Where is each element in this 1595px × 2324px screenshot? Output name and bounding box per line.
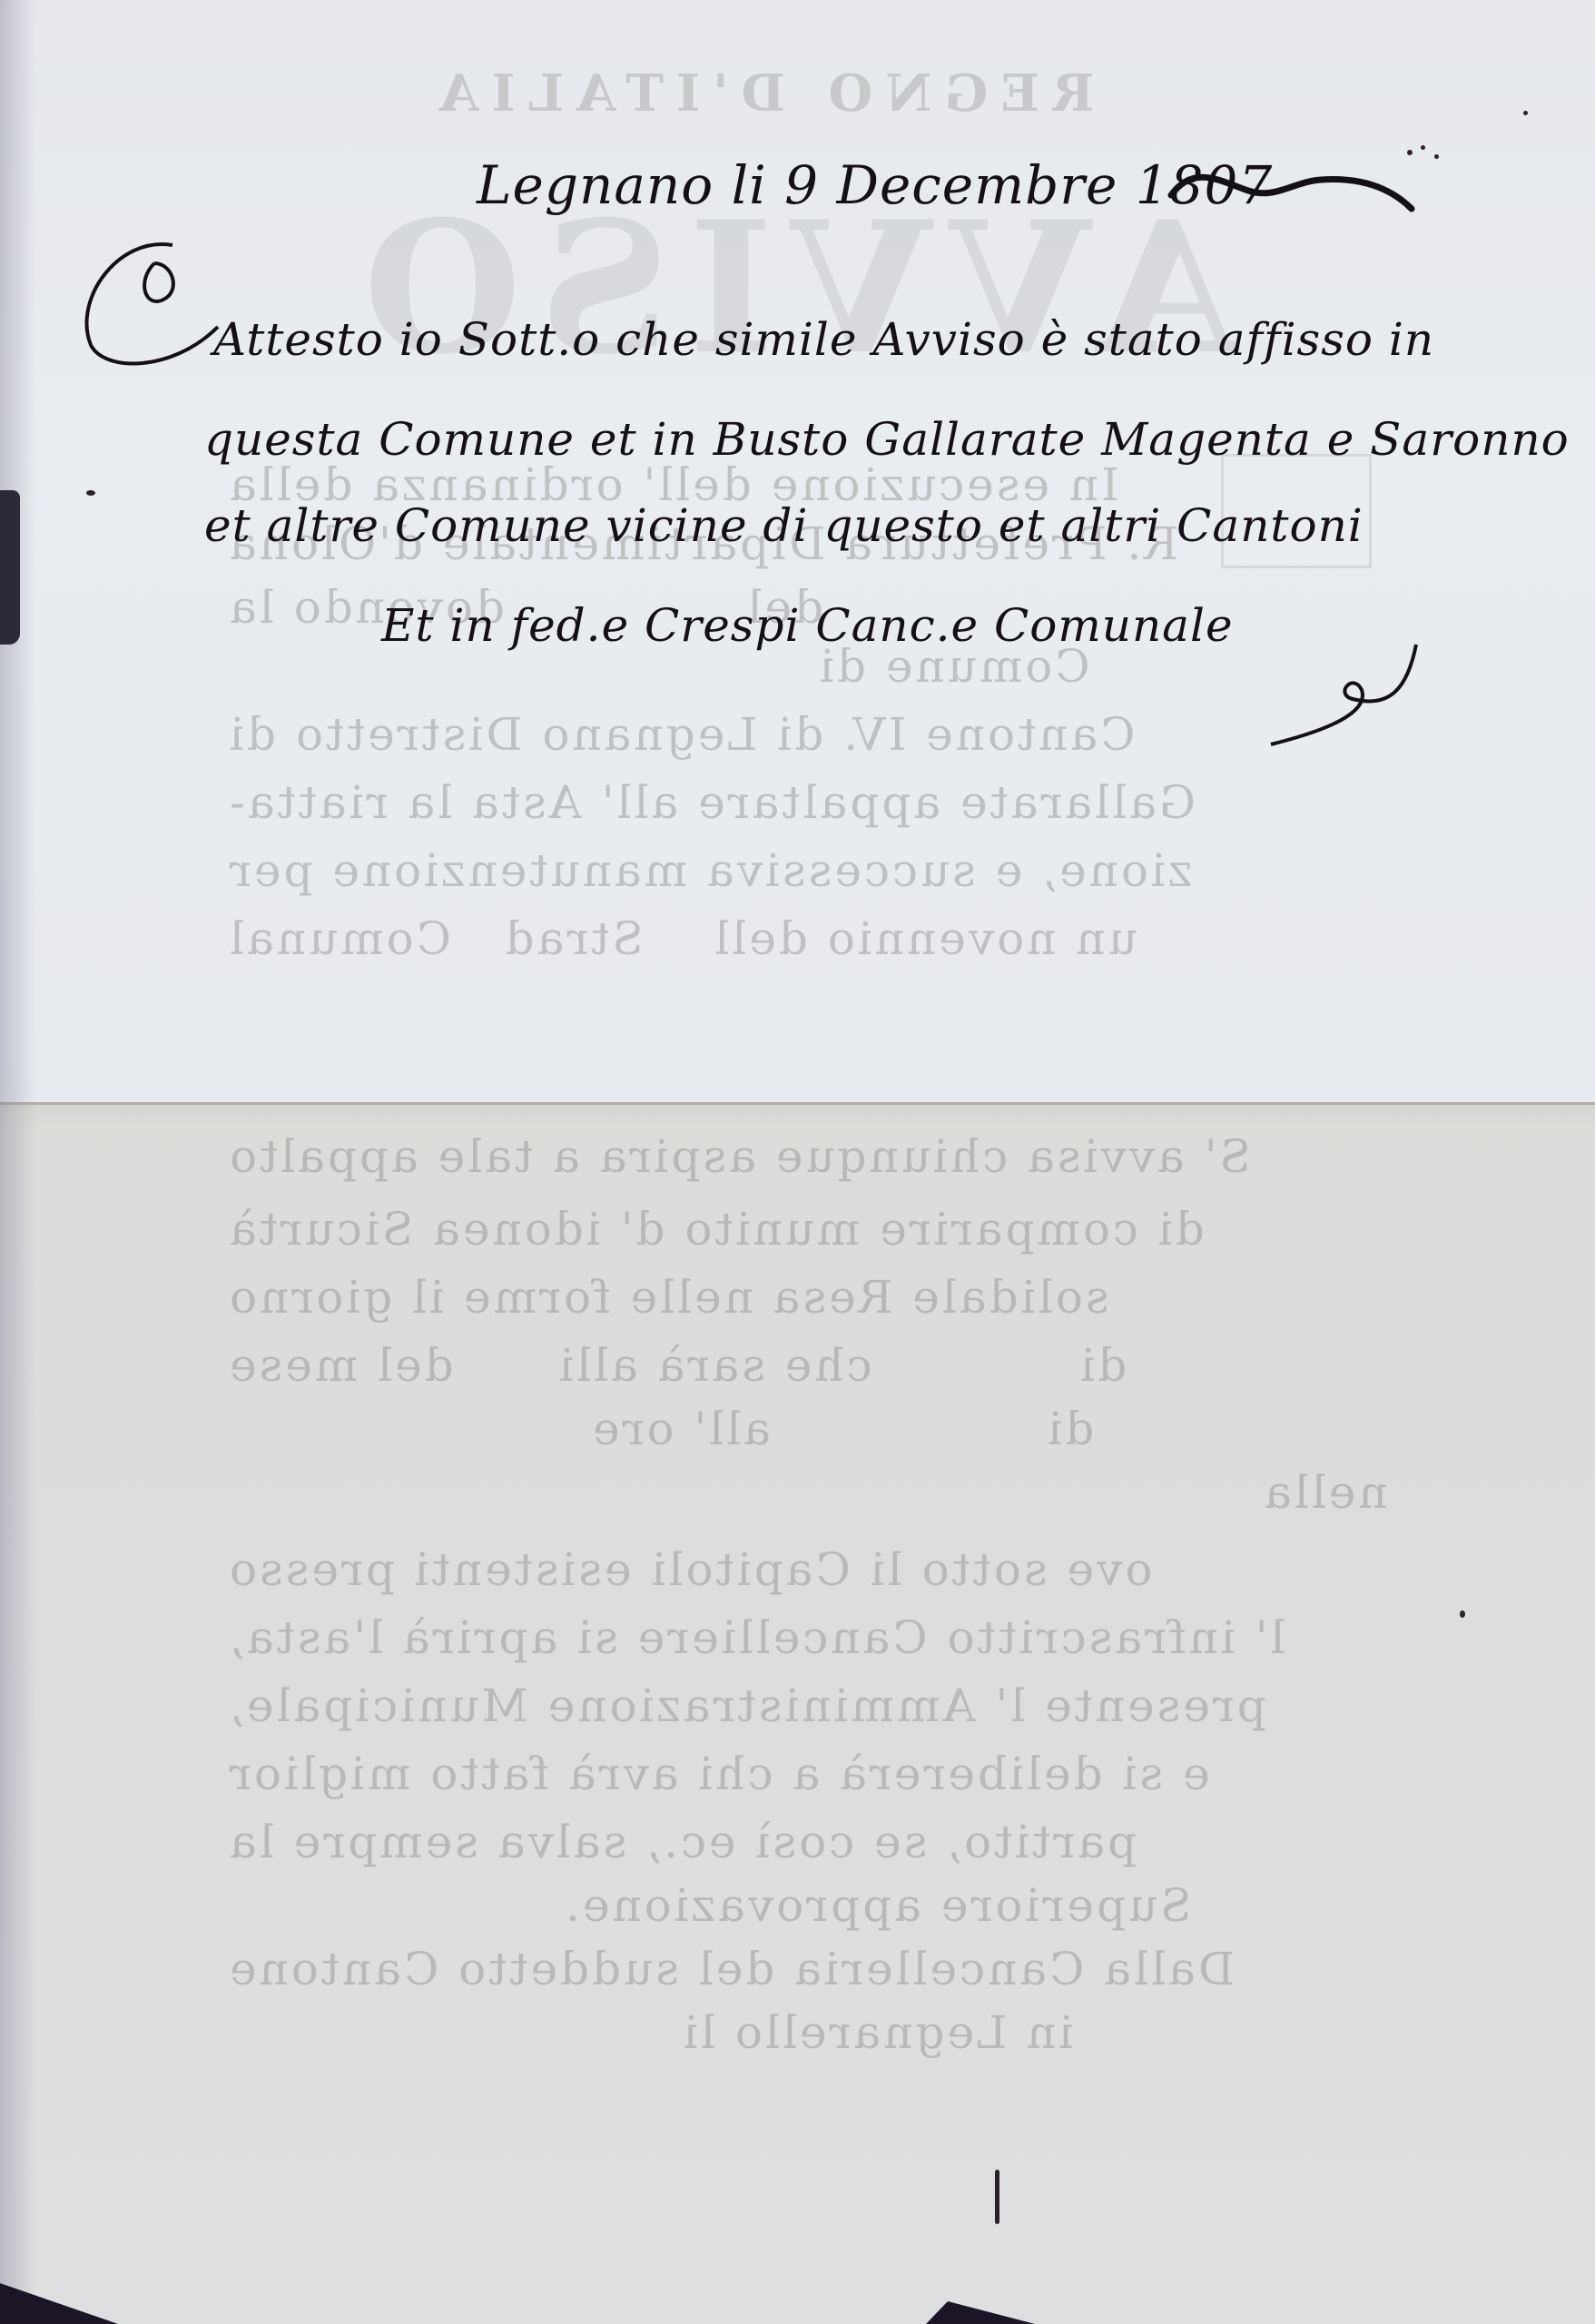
- left-edge-tear: [0, 490, 20, 645]
- bleed-lower-line: di che sarà alli del mese: [227, 1339, 1127, 1392]
- bleed-lower-line: Dalla Cancelleria del suddetto Cantone: [227, 1943, 1235, 1995]
- handwritten-date-line: Legnano li 9 Decembre 1807: [477, 154, 1273, 216]
- bleed-lower-line: Superiore approvazione.: [563, 1879, 1191, 1932]
- bleed-upper-line: un novennio dell Strad Comunal: [227, 912, 1137, 965]
- handwritten-line: questa Comune et in Busto Gallarate Mage…: [204, 413, 1570, 466]
- signature-flourish-icon: [1253, 635, 1434, 753]
- date-flourish-icon: [1167, 154, 1430, 218]
- bleed-upper-line: Gallarate appaltare all' Asta la riatta-: [227, 776, 1196, 829]
- ink-spot: [1421, 145, 1425, 150]
- ink-spot: [1523, 111, 1528, 115]
- bleed-lower-line: S' avvisa chiunque aspira a tale appalto: [227, 1130, 1251, 1183]
- bleed-lower-line: in Legnarello li: [681, 2006, 1073, 2059]
- bleed-lower-line: di all' ore: [590, 1403, 1094, 1455]
- handwritten-line: et altre Comune vicine di questo et altr…: [204, 499, 1364, 552]
- left-edge-shadow: [0, 0, 36, 2324]
- ink-spot: [1407, 150, 1413, 155]
- bleed-lower-line: l' infrascritto Cancelliere si aprirà l'…: [227, 1611, 1285, 1664]
- bleed-lower-line: e si delibererà a chi avrà fatto miglior: [227, 1748, 1210, 1800]
- bleed-lower-line: di comparire munito d' idonea Sicurtà: [227, 1203, 1205, 1256]
- bleed-lower-line: presente l' Amministrazione Municipale,: [227, 1679, 1266, 1732]
- bleed-upper-line: zione, e successiva manutenzione per: [227, 844, 1192, 897]
- ink-spot: [995, 2170, 999, 2224]
- ink-spot: [1460, 1610, 1465, 1618]
- bleed-upper-line: Cantone IV. di Legnano Distretto di: [227, 708, 1135, 761]
- bleed-lower-line: partito, se così ec., salva sempre la: [227, 1816, 1137, 1868]
- handwritten-signature-line: Et in fed.e Crespi Canc.e Comunale: [381, 599, 1234, 652]
- document-page: REGNO D'ITALIA AVVISO In esecuzione dell…: [0, 0, 1595, 2324]
- bleed-lower-line: ove sotto li Capitoli esistenti presso: [227, 1543, 1152, 1596]
- fold-crease: [0, 1102, 1595, 1105]
- handwritten-line: Attesto io Sott.o che simile Avviso è st…: [213, 313, 1434, 366]
- bleed-header: REGNO D'ITALIA: [427, 64, 1095, 123]
- ink-spot: [1434, 154, 1439, 159]
- ink-spot: [86, 490, 95, 496]
- bleed-lower-line: nella: [1262, 1466, 1388, 1519]
- bleed-lower-line: solidale Resa nelle forme il giorno: [227, 1271, 1108, 1324]
